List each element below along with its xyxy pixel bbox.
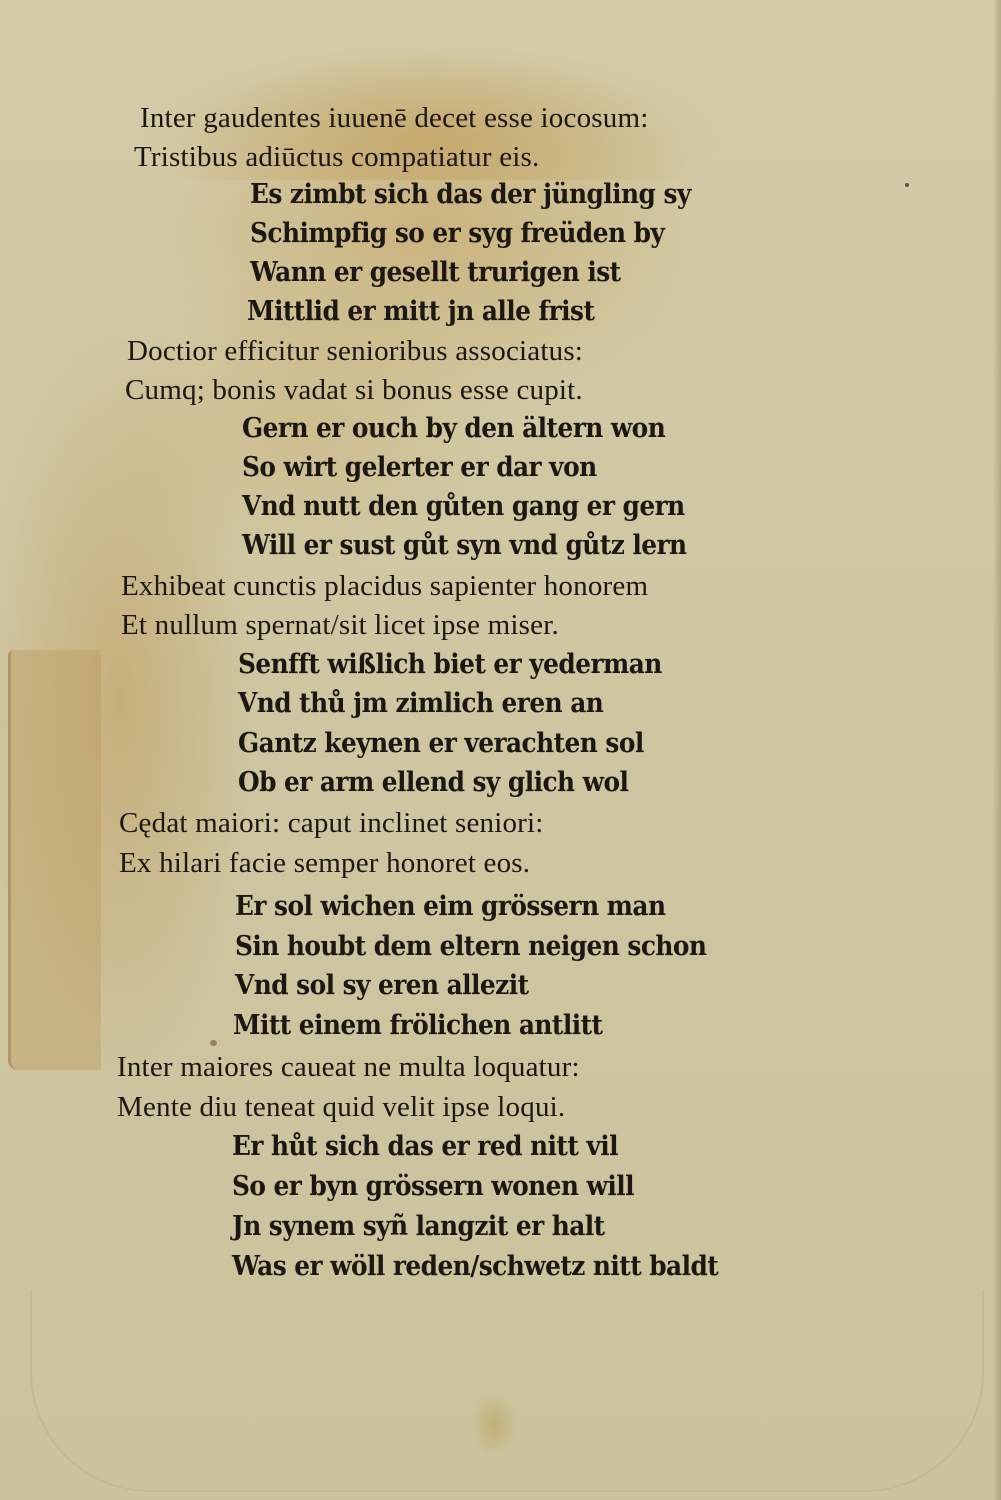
paper-page: Inter gaudentes iuuenē decet esse iocosu… (0, 0, 1001, 1500)
german-line: Schimpfig so er syg freüden by (250, 217, 664, 251)
german-line: Er hůt sich das er red nitt vil (232, 1130, 618, 1164)
german-line: Vnd nutt den gůten gang er gern (242, 490, 685, 524)
german-line: Wann er gesellt trurigen ist (250, 256, 621, 290)
german-line: Senfft wißlich biet er yederman (238, 648, 662, 682)
latin-line: Cumq; bonis vadat si bonus esse cupit. (125, 373, 583, 407)
german-line: Vnd sol sy eren allezit (235, 969, 529, 1003)
latin-line: Et nullum spernat/sit licet ipse miser. (121, 608, 559, 642)
text-block: Inter gaudentes iuuenē decet esse iocosu… (0, 0, 1001, 1500)
german-line: Er sol wichen eim grössern man (235, 890, 665, 924)
german-line: Gern er ouch by den ältern won (242, 412, 665, 446)
german-line: Es zimbt sich das der jüngling sy (250, 178, 691, 212)
german-line: Jn synem syñ langzit er halt (232, 1210, 605, 1244)
latin-line: Mente diu teneat quid velit ipse loqui. (117, 1090, 565, 1124)
german-line: Mittlid er mitt jn alle frist (247, 295, 594, 329)
german-line: Ob er arm ellend sy glich wol (238, 766, 628, 800)
german-line: So er byn grössern wonen will (232, 1170, 634, 1204)
german-line: Gantz keynen er verachten sol (238, 727, 644, 761)
latin-line: Cędat maiori: caput inclinet seniori: (119, 806, 544, 840)
latin-line: Inter gaudentes iuuenē decet esse iocosu… (140, 101, 648, 135)
german-line: Mitt einem frölichen antlitt (233, 1009, 602, 1043)
latin-line: Exhibeat cunctis placidus sapienter hono… (121, 569, 648, 603)
latin-line: Tristibus adiūctus compatiatur eis. (134, 140, 539, 174)
latin-line: Ex hilari facie semper honoret eos. (119, 846, 530, 880)
german-line: Vnd thů jm zimlich eren an (238, 687, 603, 721)
german-line: Will er sust gůt syn vnd gůtz lern (242, 529, 687, 563)
german-line: Was er wöll reden/schwetz nitt baldt (232, 1250, 718, 1284)
latin-line: Doctior efficitur senioribus associatus: (127, 334, 583, 368)
german-line: So wirt gelerter er dar von (242, 451, 597, 485)
german-line: Sin houbt dem eltern neigen schon (235, 930, 706, 964)
latin-line: Inter maiores caueat ne multa loquatur: (117, 1050, 580, 1084)
